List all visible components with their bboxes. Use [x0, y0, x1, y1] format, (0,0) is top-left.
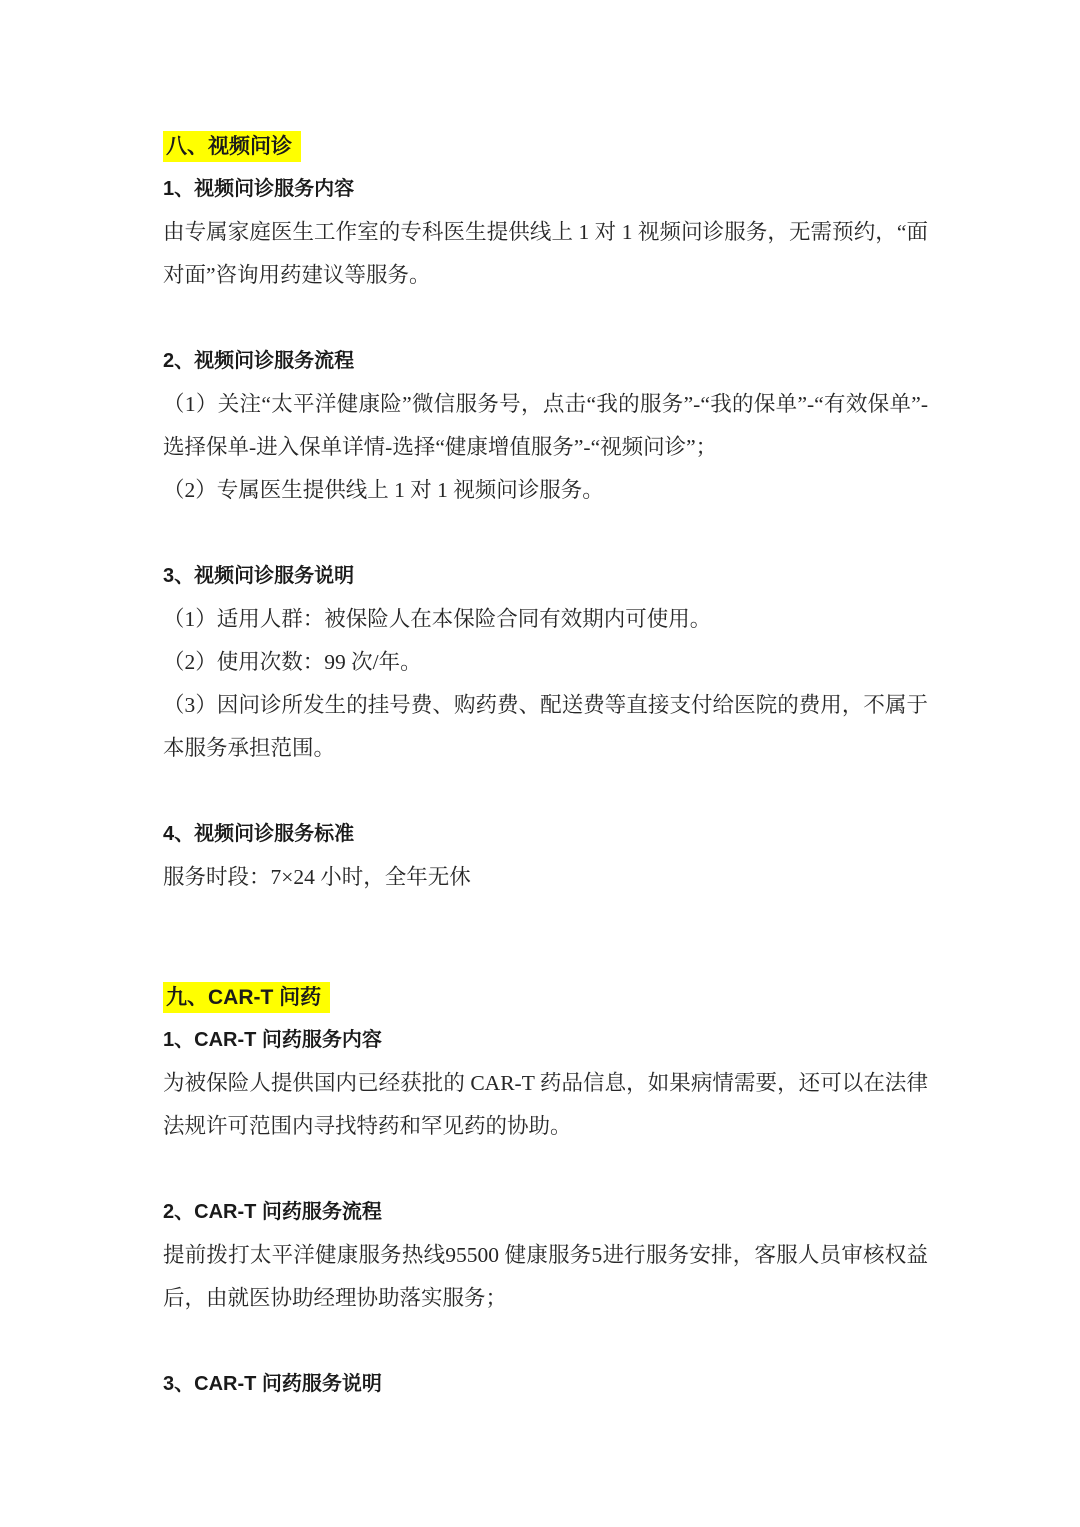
subsection-heading: 3、CAR-T 问药服务说明	[163, 1363, 928, 1406]
section-heading: 八、视频问诊	[163, 125, 928, 168]
paragraph: （3）因问诊所发生的挂号费、购药费、配送费等直接支付给医院的费用，不属于本服务承…	[163, 684, 928, 770]
paragraph: 提前拨打太平洋健康服务热线95500 健康服务5进行服务安排，客服人员审核权益后…	[163, 1234, 928, 1320]
paragraph: 为被保险人提供国内已经获批的 CAR-T 药品信息，如果病情需要，还可以在法律法…	[163, 1062, 928, 1148]
paragraph: 服务时段：7×24 小时，全年无休	[163, 856, 928, 899]
paragraph: （2）使用次数：99 次/年。	[163, 641, 928, 684]
highlighted-heading-text: 九、CAR-T 问药	[163, 982, 330, 1013]
subsection-heading: 2、视频问诊服务流程	[163, 340, 928, 383]
paragraph: （2）专属医生提供线上 1 对 1 视频问诊服务。	[163, 469, 928, 512]
subsection-heading: 3、视频问诊服务说明	[163, 555, 928, 598]
document-page: 八、视频问诊1、视频问诊服务内容由专属家庭医生工作室的专科医生提供线上 1 对 …	[0, 0, 1080, 1406]
highlighted-heading-text: 八、视频问诊	[163, 131, 301, 162]
subsection-heading: 1、视频问诊服务内容	[163, 168, 928, 211]
section-heading: 九、CAR-T 问药	[163, 976, 928, 1019]
section-2: 九、CAR-T 问药1、CAR-T 问药服务内容为被保险人提供国内已经获批的 C…	[163, 976, 928, 1406]
subsection-heading: 1、CAR-T 问药服务内容	[163, 1019, 928, 1062]
paragraph: 由专属家庭医生工作室的专科医生提供线上 1 对 1 视频问诊服务，无需预约，“面…	[163, 211, 928, 297]
paragraph: （1）关注“太平洋健康险”微信服务号，点击“我的服务”-“我的保单”-“有效保单…	[163, 383, 928, 469]
paragraph: （1）适用人群：被保险人在本保险合同有效期内可使用。	[163, 598, 928, 641]
subsection-heading: 4、视频问诊服务标准	[163, 813, 928, 856]
subsection-heading: 2、CAR-T 问药服务流程	[163, 1191, 928, 1234]
section-1: 八、视频问诊1、视频问诊服务内容由专属家庭医生工作室的专科医生提供线上 1 对 …	[163, 125, 928, 899]
